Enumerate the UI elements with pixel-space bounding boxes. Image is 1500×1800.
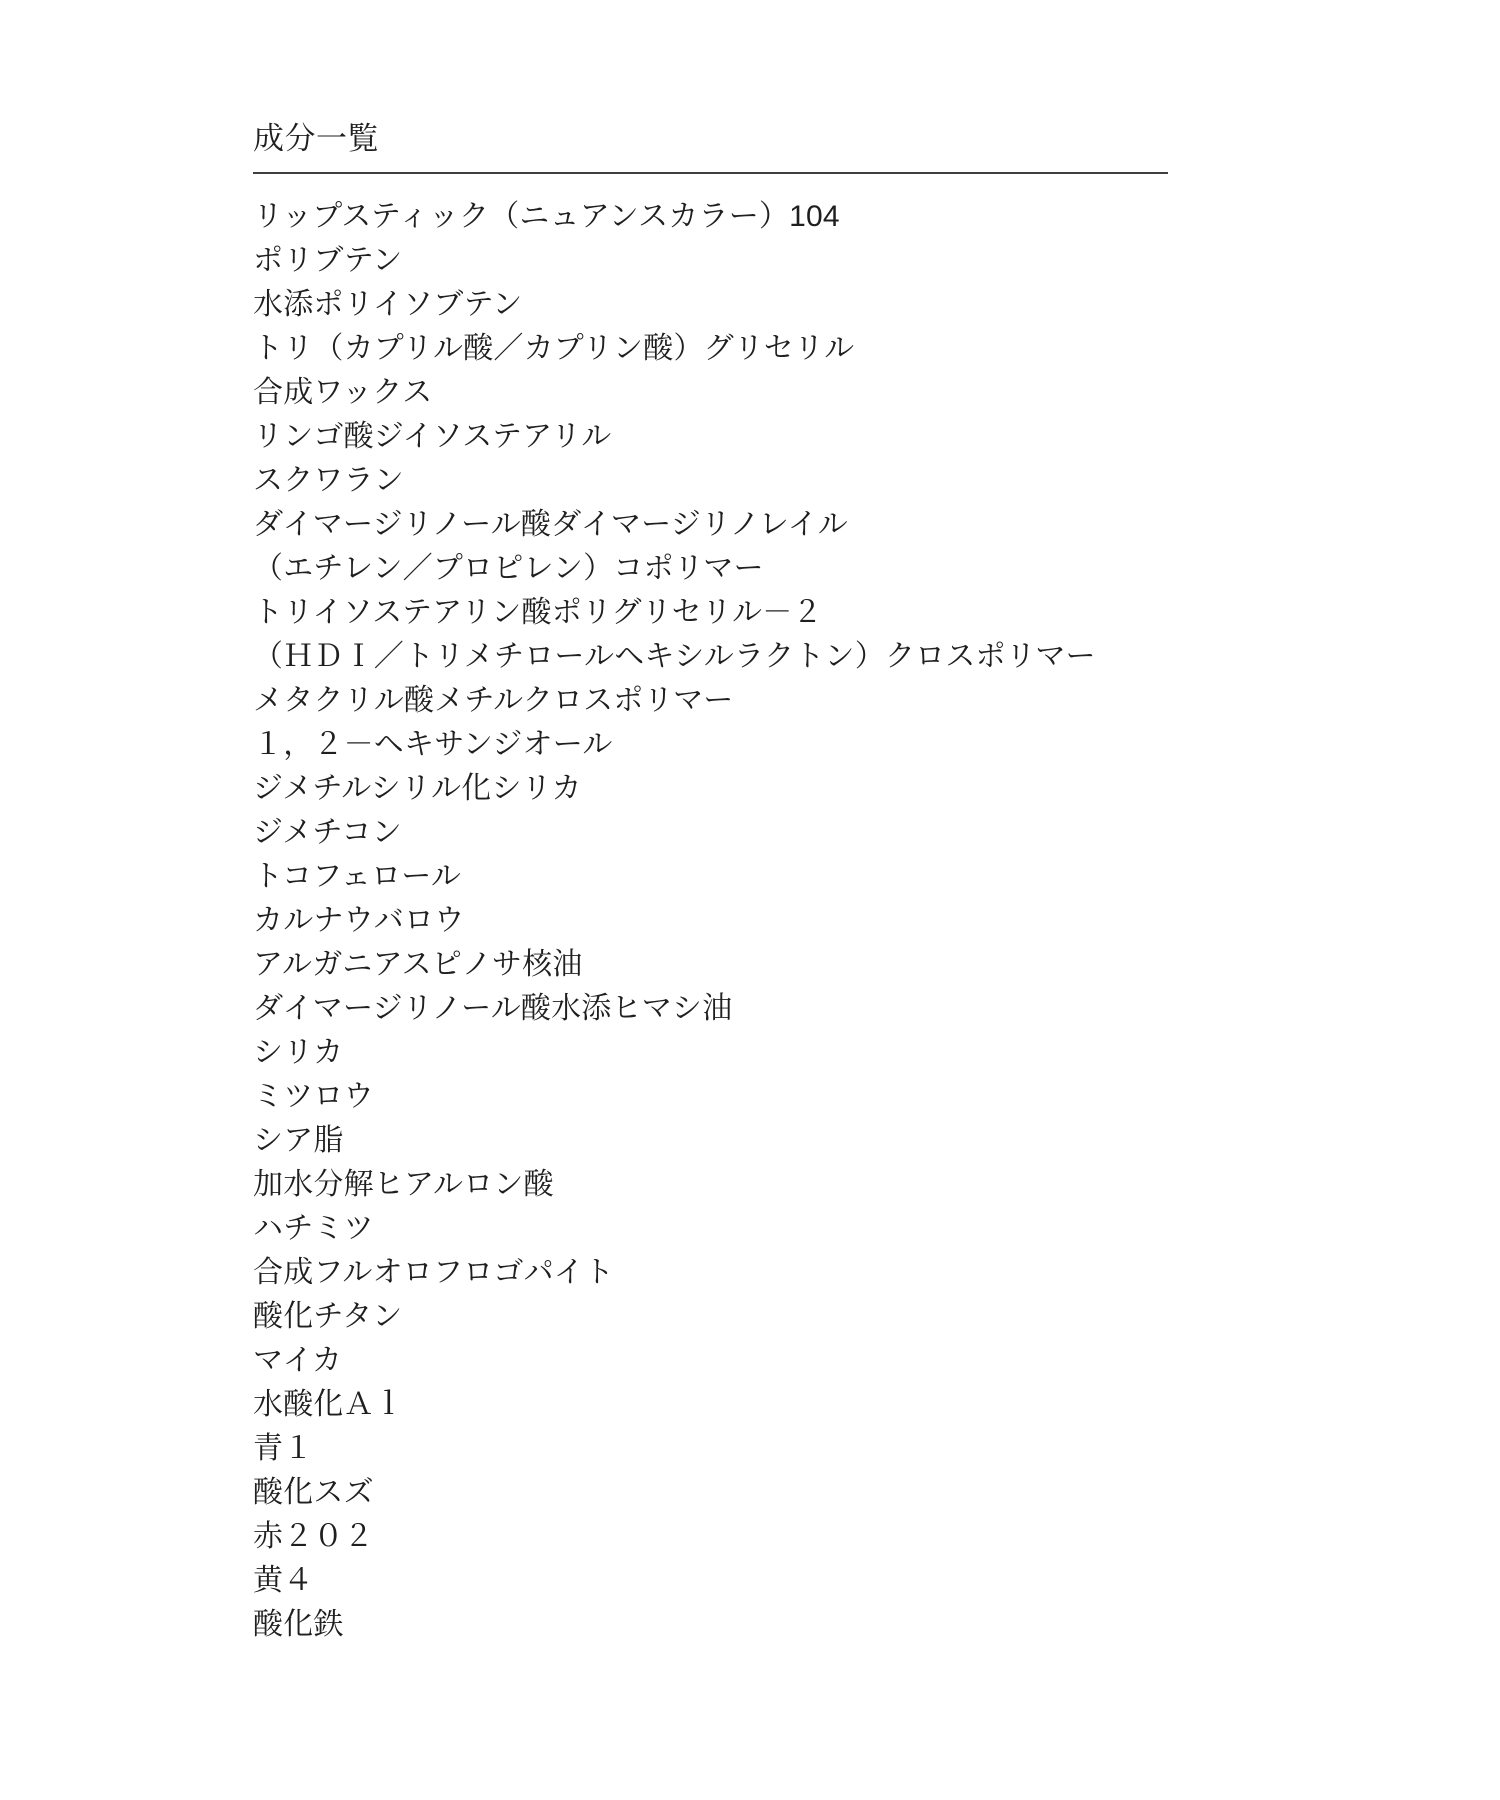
title-divider [253, 172, 1168, 174]
list-item: 合成フルオロフロゴパイト [253, 1251, 1168, 1295]
list-item: シア脂 [253, 1119, 1168, 1163]
list-item: ミツロウ [253, 1075, 1168, 1119]
list-item: 酸化鉄 [253, 1603, 1168, 1647]
ingredient-document: 成分一覧 リップスティック（ニュアンスカラー）104ポリブテン水添ポリイソブテン… [253, 118, 1168, 1647]
list-item: トリ（カプリル酸／カプリン酸）グリセリル [253, 327, 1168, 371]
list-item: スクワラン [253, 459, 1168, 503]
list-item: （ＨＤＩ／トリメチロールヘキシルラクトン）クロスポリマー [253, 635, 1168, 679]
list-item: ポリブテン [253, 239, 1168, 283]
list-item: カルナウバロウ [253, 899, 1168, 943]
list-item: リンゴ酸ジイソステアリル [253, 415, 1168, 459]
page-title: 成分一覧 [253, 118, 1168, 160]
list-item: ジメチルシリル化シリカ [253, 767, 1168, 811]
list-item: 水酸化Ａｌ [253, 1383, 1168, 1427]
list-item: 水添ポリイソブテン [253, 283, 1168, 327]
ingredient-list: リップスティック（ニュアンスカラー）104ポリブテン水添ポリイソブテントリ（カプ… [253, 195, 1168, 1647]
list-item: １，２－ヘキサンジオール [253, 723, 1168, 767]
list-item: ジメチコン [253, 811, 1168, 855]
list-item: シリカ [253, 1031, 1168, 1075]
list-item: ダイマージリノール酸ダイマージリノレイル [253, 503, 1168, 547]
list-item: 酸化スズ [253, 1471, 1168, 1515]
list-item: 酸化チタン [253, 1295, 1168, 1339]
list-item: （エチレン／プロピレン）コポリマー [253, 547, 1168, 591]
list-item: マイカ [253, 1339, 1168, 1383]
list-item: 赤２０２ [253, 1515, 1168, 1559]
list-item: ダイマージリノール酸水添ヒマシ油 [253, 987, 1168, 1031]
list-item: 黄４ [253, 1559, 1168, 1603]
list-item: トコフェロール [253, 855, 1168, 899]
list-item: メタクリル酸メチルクロスポリマー [253, 679, 1168, 723]
list-item: ハチミツ [253, 1207, 1168, 1251]
list-item: 合成ワックス [253, 371, 1168, 415]
list-item: トリイソステアリン酸ポリグリセリル－２ [253, 591, 1168, 635]
list-item: 青１ [253, 1427, 1168, 1471]
product-name-line: リップスティック（ニュアンスカラー）104 [253, 195, 1168, 239]
list-item: アルガニアスピノサ核油 [253, 943, 1168, 987]
list-item: 加水分解ヒアルロン酸 [253, 1163, 1168, 1207]
